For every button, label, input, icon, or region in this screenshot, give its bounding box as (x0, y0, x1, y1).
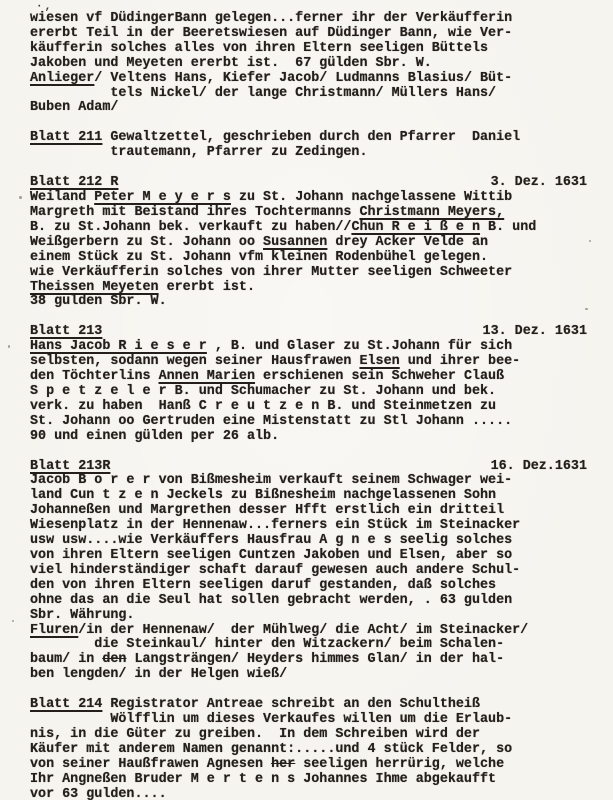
text-run: trautemann, Pfarrer zu Zedingen. (30, 145, 368, 160)
text-line: Hans Jacob R i e s e r , B. und Glaser z… (30, 340, 587, 355)
scan-speck (19, 196, 22, 199)
entry-block-blatt-212r: Blatt 212 R3. Dez. 1631Weiland Peter M e… (30, 176, 587, 310)
text-run: 38 gulden Sbr. W. (30, 294, 167, 309)
text-line: den Töchterlins Annen Marien erschienen … (30, 370, 587, 385)
underlined-run: Susannen (263, 235, 327, 250)
text-line: ererbt Teil in der Beeretswiesen auf Düd… (30, 27, 587, 42)
text-run: selbsten, sodann wegen seiner Hausfrawen (30, 354, 359, 369)
text-run: Jakoben und Meyeten ererbt ist. 67 gülde… (30, 56, 432, 71)
underlined-run: Blatt 213R (30, 459, 110, 474)
scan-speck (12, 620, 14, 622)
text-line: St. Johann oo Gertruden eine Mistenstatt… (30, 415, 587, 430)
text-run: / Veltens Hans, Kiefer Jacob/ Ludmanns B… (94, 71, 512, 86)
text-line: Anlieger/ Veltens Hans, Kiefer Jacob/ Lu… (30, 72, 587, 87)
text-line: tels Nickel/ der lange Christmann/ Mülle… (30, 87, 587, 102)
text-run: Buben Adam/ (30, 100, 118, 115)
struck-run: den (102, 652, 126, 667)
entry-date: 3. Dez. 1631 (491, 176, 587, 191)
text-run: verk. zu haben Hanß C r e u t z e n B. u… (30, 399, 496, 414)
underlined-run: Blatt 213 (30, 324, 102, 339)
text-run: seeligen herrürig, welche (295, 757, 504, 772)
text-run: einem Stück zu St. Johann vfm kleinen Ro… (30, 250, 488, 265)
text-line: Blatt 211 Gewaltzettel, geschrieben durc… (30, 131, 587, 146)
text-run: usw usw....wie Verkäuffers Hausfrau A g … (30, 533, 512, 548)
text-line: viel hinderständiger schaft darauf gewes… (30, 564, 587, 579)
text-line: Blatt 212 R3. Dez. 1631 (30, 176, 587, 191)
text-run: baum/ in (30, 652, 102, 667)
text-line: Wiesenplatz in der Hennenaw...ferners ei… (30, 519, 587, 534)
text-run: Käufer mit anderem Namen genannt:.....un… (30, 742, 512, 757)
text-line: ohne das an die Seul hat sollen gebracht… (30, 594, 587, 609)
scan-speck (585, 308, 588, 310)
text-run: nis, in die Güter zu greiben. In dem Sch… (30, 727, 480, 742)
text-run: ererbt Teil in der Beeretswiesen auf Düd… (30, 26, 512, 41)
text-run: Wiesenplatz in der Hennenaw...ferners ei… (30, 518, 520, 533)
text-line: einem Stück zu St. Johann vfm kleinen Ro… (30, 251, 587, 266)
text-line: Buben Adam/ (30, 101, 587, 116)
scanned-document-page: ·, wiesen vf DüdingerBann gelegen...fern… (0, 0, 613, 800)
text-line: Blatt 21313. Dez. 1631 (30, 325, 587, 340)
text-run: die Steinkaul/ hinter den Witzackern/ be… (30, 637, 504, 652)
text-run: ererbt ist. (159, 280, 255, 295)
struck-run: her (271, 757, 295, 772)
text-line: Jakoben und Meyeten ererbt ist. 67 gülde… (30, 57, 587, 72)
underlined-run: Chun R e i ß e n (351, 220, 480, 235)
text-line: usw usw....wie Verkäuffers Hausfrau A g … (30, 534, 587, 549)
text-run: den von ihren Eltern seeligen daruf gest… (30, 578, 496, 593)
text-run: S p e t z e l e r B. und Schumacher zu S… (30, 384, 496, 399)
text-run: und ihrer bee- (400, 354, 521, 369)
text-run: erschienen sein Schweher Clauß (255, 369, 504, 384)
text-line: Fluren/in der Hennenaw/ der Mühlweg/ die… (30, 624, 587, 639)
text-run: , B. und Glaser zu St.Johann für sich (207, 339, 512, 354)
text-run: 90 und einen gülden per 26 alb. (30, 429, 279, 444)
text-line: Margreth mit Beistand ihres Tochtermanns… (30, 206, 587, 221)
text-line: von ihren Eltern seeligen Cuntzen Jakobe… (30, 549, 587, 564)
text-line: baum/ in den Langsträngen/ Heyders himme… (30, 653, 587, 668)
text-run: Johanneßen und Margrethen desser Hfft er… (30, 503, 504, 518)
text-run: zu St. Johann nachgelassene Wittib (231, 190, 512, 205)
entry-block-continuation-entry: wiesen vf DüdingerBann gelegen...ferner … (30, 12, 587, 116)
underlined-run: Elsen (359, 354, 399, 369)
text-run: von seiner Haußfrawen Agnesen (30, 757, 271, 772)
text-line: 38 gulden Sbr. W. (30, 295, 587, 310)
text-line: käufferin solches alles von ihren Eltern… (30, 42, 587, 57)
text-run: viel hinderständiger schaft darauf gewes… (30, 563, 520, 578)
entry-block-blatt-213: Blatt 21313. Dez. 1631Hans Jacob R i e s… (30, 325, 587, 444)
text-line: Wölfflin um dieses Verkaufes willen um d… (30, 713, 587, 728)
text-run: Ihr Angneßen Bruder M e r t e n s Johann… (30, 772, 496, 787)
text-run: ben lengden/ in der Helgen wieß/ (30, 667, 287, 682)
text-line: Johanneßen und Margrethen desser Hfft er… (30, 504, 587, 519)
text-run: Weiland (30, 190, 94, 205)
text-line: land Cun t z e n Jeckels zu Bißnesheim n… (30, 489, 587, 504)
text-line: verk. zu haben Hanß C r e u t z e n B. u… (30, 400, 587, 415)
text-line: von seiner Haußfrawen Agnesen her seelig… (30, 758, 587, 773)
text-run: /in der Hennenaw/ der Mühlweg/ die Acht/… (78, 623, 528, 638)
text-line: den von ihren Eltern seeligen daruf gest… (30, 579, 587, 594)
text-run: B. zu St.Johann bek. verkauft zu haben// (30, 220, 351, 235)
underlined-run: Theissen Meyeten (30, 280, 159, 295)
text-run: ohne das an die Seul hat sollen gebracht… (30, 593, 512, 608)
text-run: wiesen vf DüdingerBann gelegen...ferner … (30, 11, 512, 26)
scan-speck (8, 345, 10, 348)
text-run: Langsträngen/ Heyders himmes Glan/ in de… (126, 652, 504, 667)
underlined-run: Hans Jacob R i e s e r (30, 339, 207, 354)
text-line: Blatt 213R16. Dez.1631 (30, 460, 587, 475)
underlined-run: Fluren (30, 623, 78, 638)
text-run: den Töchterlins (30, 369, 159, 384)
entry-date: 16. Dez.1631 (491, 460, 587, 475)
text-run: St. Johann oo Gertruden eine Mistenstatt… (30, 414, 512, 429)
text-run: Jacob B o r e r von Bißmesheim verkauft … (30, 473, 512, 488)
text-line: Weißgerbern zu St. Johann oo Susannen dr… (30, 236, 587, 251)
text-line: Weiland Peter M e y e r s zu St. Johann … (30, 191, 587, 206)
text-line: Blatt 214 Registrator Antreae schreibt a… (30, 698, 587, 713)
text-run: von ihren Eltern seeligen Cuntzen Jakobe… (30, 548, 512, 563)
text-run: drey Acker Velde an (327, 235, 488, 250)
text-run: Margreth mit Beistand ihres Tochtermanns (30, 205, 359, 220)
text-line: Sbr. Währung. (30, 609, 587, 624)
scan-speck (589, 240, 591, 242)
text-run: Sbr. Währung. (30, 608, 134, 623)
text-line: selbsten, sodann wegen seiner Hausfrawen… (30, 355, 587, 370)
text-line: wiesen vf DüdingerBann gelegen...ferner … (30, 12, 587, 27)
text-run: B. und (480, 220, 536, 235)
text-run: vor 63 gulden.... (30, 787, 167, 800)
document-body: wiesen vf DüdingerBann gelegen...ferner … (30, 12, 587, 800)
text-line: B. zu St.Johann bek. verkauft zu haben//… (30, 221, 587, 236)
text-line: ben lengden/ in der Helgen wieß/ (30, 668, 587, 683)
text-line: Theissen Meyeten ererbt ist. (30, 281, 587, 296)
text-run: Gewaltzettel, geschrieben durch den Pfar… (102, 130, 520, 145)
text-run: Weißgerbern zu St. Johann oo (30, 235, 263, 250)
text-line: wie Verkäufferin solches von ihrer Mutte… (30, 266, 587, 281)
underlined-run: Anlieger (30, 71, 94, 86)
underlined-run: Annen Marien (159, 369, 255, 384)
text-line: nis, in die Güter zu greiben. In dem Sch… (30, 728, 587, 743)
entry-date: 13. Dez. 1631 (483, 325, 587, 340)
text-line: trautemann, Pfarrer zu Zedingen. (30, 146, 587, 161)
underlined-run: Blatt 211 (30, 130, 102, 145)
text-run: Registrator Antreae schreibt an den Schu… (102, 697, 480, 712)
underlined-run: Blatt 212 R (30, 175, 118, 190)
text-line: Jacob B o r e r von Bißmesheim verkauft … (30, 474, 587, 489)
text-line: Käufer mit anderem Namen genannt:.....un… (30, 743, 587, 758)
text-line: S p e t z e l e r B. und Schumacher zu S… (30, 385, 587, 400)
text-run: land Cun t z e n Jeckels zu Bißnesheim n… (30, 488, 496, 503)
text-run: käufferin solches alles von ihren Eltern… (30, 41, 488, 56)
underlined-run: Christmann Meyers, (359, 205, 504, 220)
text-line: die Steinkaul/ hinter den Witzackern/ be… (30, 638, 587, 653)
entry-block-blatt-214: Blatt 214 Registrator Antreae schreibt a… (30, 698, 587, 800)
underlined-run: Blatt 214 (30, 697, 102, 712)
entry-block-blatt-213r: Blatt 213R16. Dez.1631Jacob B o r e r vo… (30, 460, 587, 684)
text-line: vor 63 gulden.... (30, 788, 587, 800)
text-line: Ihr Angneßen Bruder M e r t e n s Johann… (30, 773, 587, 788)
text-run: wie Verkäufferin solches von ihrer Mutte… (30, 265, 512, 280)
entry-block-blatt-211: Blatt 211 Gewaltzettel, geschrieben durc… (30, 131, 587, 161)
text-line: 90 und einen gülden per 26 alb. (30, 430, 587, 445)
text-run: Wölfflin um dieses Verkaufes willen um d… (30, 712, 512, 727)
underlined-run: Peter M e y e r s (94, 190, 231, 205)
text-run: tels Nickel/ der lange Christmann/ Mülle… (30, 86, 496, 101)
